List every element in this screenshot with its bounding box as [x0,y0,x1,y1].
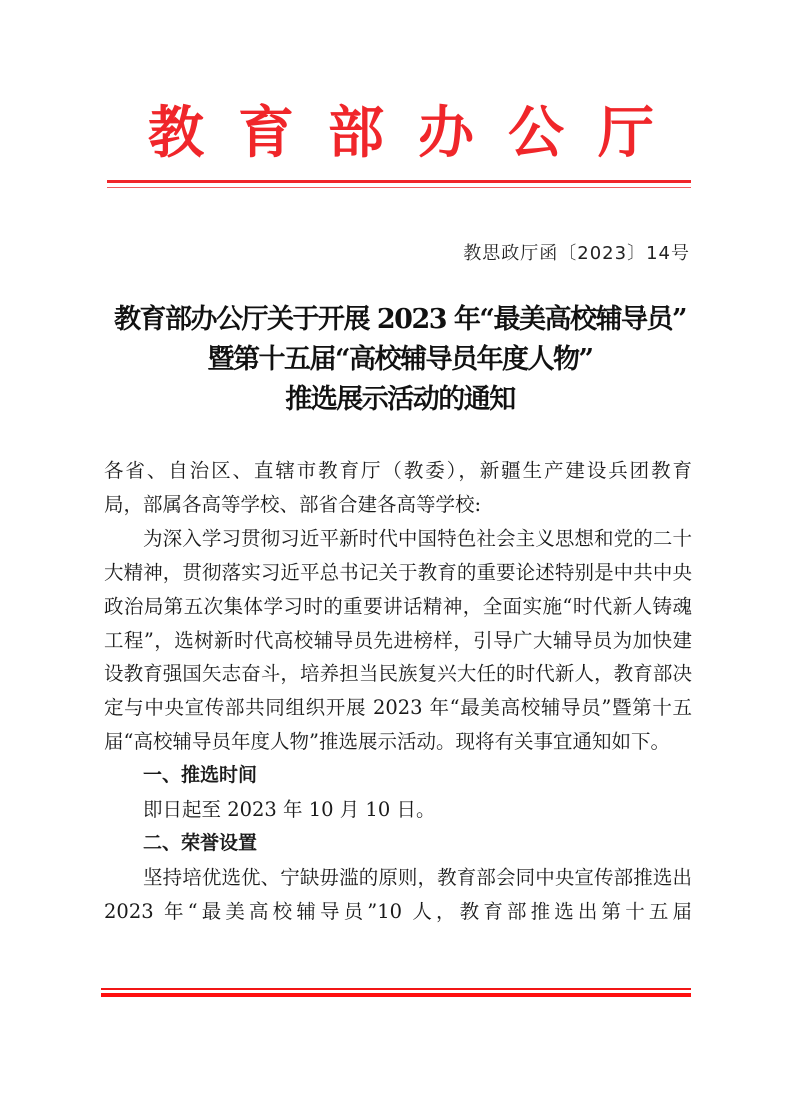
masthead-char: 部 [328,98,384,168]
salutation-line-2: 局，部属各高等学校、部省合建各高等学校: [104,488,692,522]
masthead-char: 厅 [598,98,654,168]
masthead-org-name: 教 育 部 办 公 厅 [104,98,694,168]
footer-rule-thin [101,988,691,990]
document-body: 各省、自治区、直辖市教育厅（教委），新疆生产建设兵团教育 局，部属各高等学校、部… [104,454,692,929]
salutation-line-1: 各省、自治区、直辖市教育厅（教委），新疆生产建设兵团教育 [104,454,692,488]
footer-rule-thick [101,993,691,997]
section-2-text: 坚持培优选优、宁缺毋滥的原则，教育部会同中央宣传部推选出 2023 年“最美高校… [104,861,692,929]
masthead-char: 办 [418,98,474,168]
intro-paragraph: 为深入学习贯彻习近平新时代中国特色社会主义思想和党的二十大精神，贯彻落实习近平总… [104,522,692,759]
document-title: 教育部办公厅关于开展 2023 年“最美高校辅导员” 暨第十五届“高校辅导员年度… [90,300,710,420]
title-line-3: 推选展示活动的通知 [90,380,710,420]
masthead-char: 育 [238,98,294,168]
header-rule-thin [107,187,691,188]
section-heading-1: 一、推选时间 [104,759,692,793]
section-1-text: 即日起至 2023 年 10 月 10 日。 [104,793,692,827]
document-number: 教思政厅函〔2023〕14号 [463,240,690,268]
masthead-char: 公 [508,98,564,168]
section-heading-2: 二、荣誉设置 [104,827,692,861]
document-page: 教 育 部 办 公 厅 教思政厅函〔2023〕14号 教育部办公厅关于开展 20… [0,0,794,1108]
title-line-1: 教育部办公厅关于开展 2023 年“最美高校辅导员” [90,300,710,340]
masthead-char: 教 [148,98,204,168]
header-rule-thick [107,180,691,183]
title-line-2: 暨第十五届“高校辅导员年度人物” [90,340,710,380]
